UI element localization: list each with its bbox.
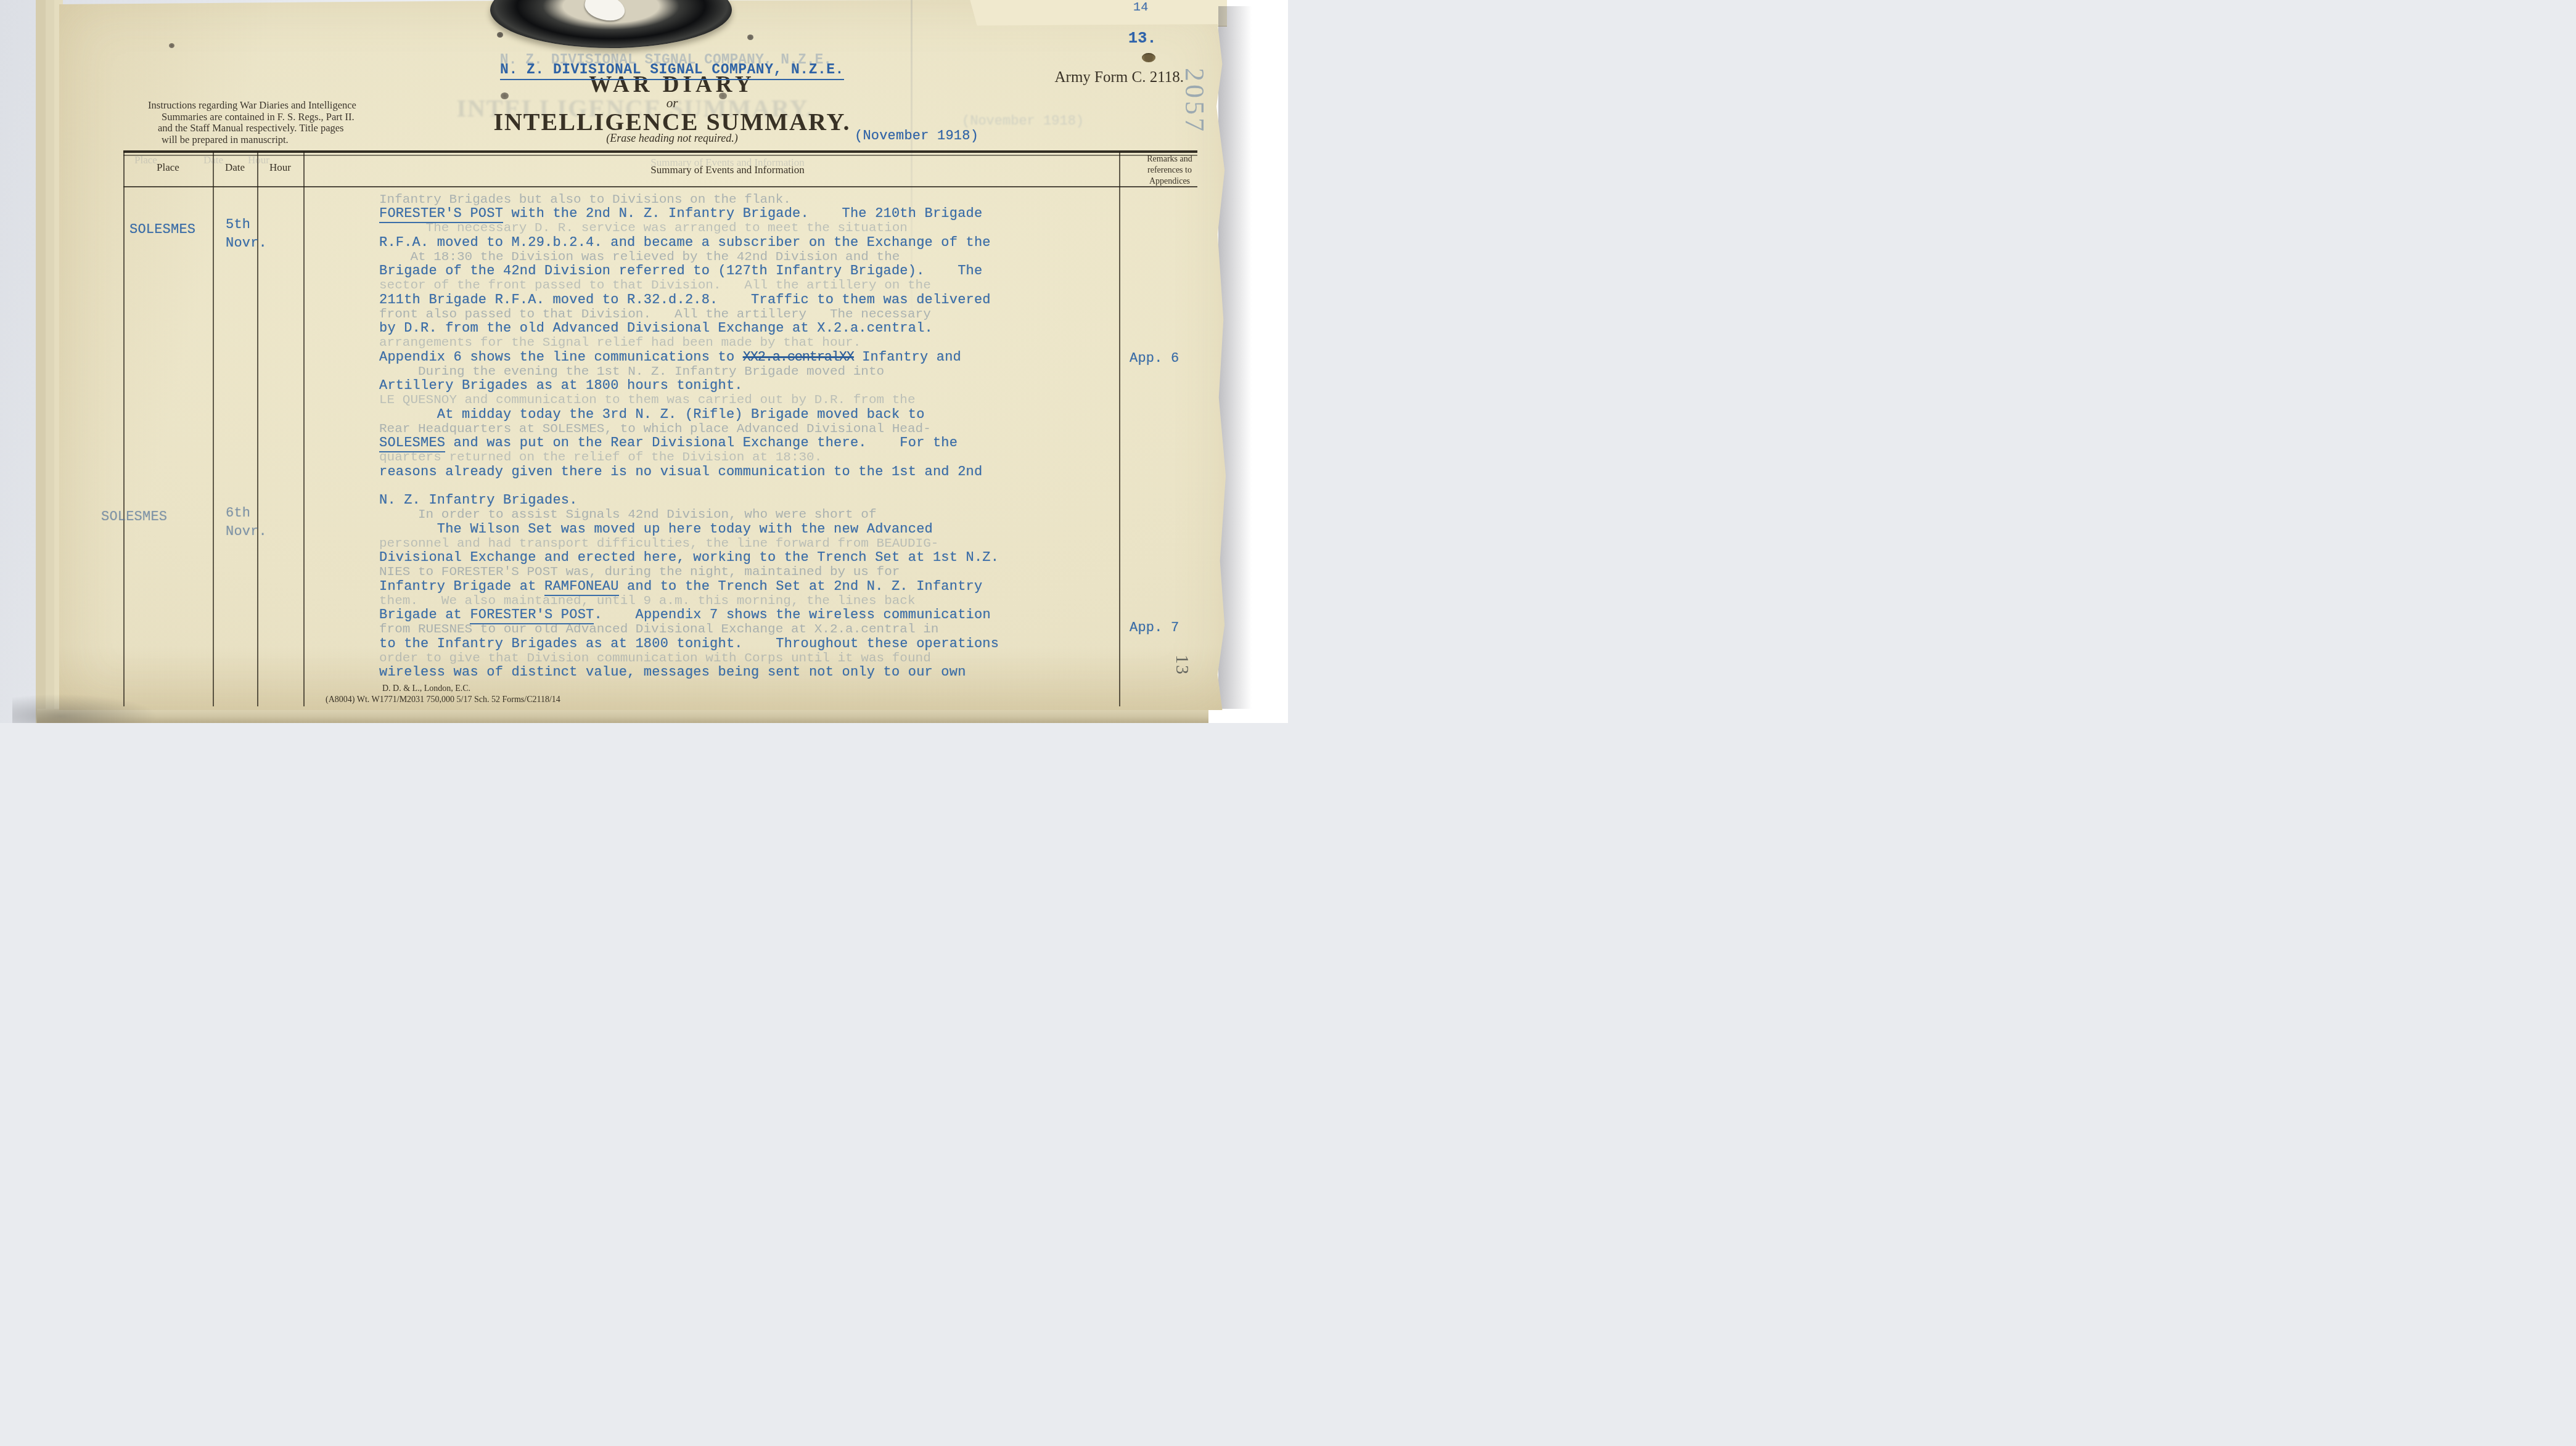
typed-text: and to the Trench Set at 2nd N. Z. Infan… (619, 579, 983, 594)
typed-text: Brigade of the 42nd Division referred to… (379, 263, 982, 279)
date-header: Date (213, 161, 257, 174)
hour-header: Hour (257, 161, 303, 174)
bleed-through-line: arrangements for the Signal relief had b… (379, 336, 861, 350)
typed-text: Infantry Brigade at (379, 579, 544, 594)
hour-summary-rule (303, 152, 305, 706)
table-top-rule-thin (123, 155, 1197, 156)
instructions-line: will be prepared in manuscript. (148, 134, 419, 146)
summary-line: R.F.A. moved to M.29.b.2.4. and became a… (379, 236, 991, 250)
summary-line: Infantry Brigade at RAMFONEAU and to the… (379, 580, 982, 594)
printer-imprint-line2: (A8004) Wt. W1771/M2031 750,000 5/17 Sch… (326, 695, 560, 705)
punch-hole (501, 92, 509, 99)
bleed-through-line: order to give that Division communicatio… (379, 652, 931, 666)
bleed-through-line: sector of the front passed to that Divis… (379, 279, 931, 293)
typed-text: The Wilson Set was moved up here today w… (379, 521, 933, 537)
instructions-line: and the Staff Manual respectively. Title… (148, 123, 419, 134)
underlined-place-name: FORESTER'S POST (470, 607, 594, 624)
table-top-rule (123, 150, 1197, 153)
punch-hole (747, 35, 753, 40)
bleed-through-line: quarters returned on the relief of the D… (379, 451, 822, 465)
punch-hole (1142, 53, 1155, 62)
paper-stack-bottom (37, 709, 1208, 723)
corner-shadow (12, 690, 173, 723)
document-scan: 14 13. Army Form C. 2118. 2057 13 N. Z. … (0, 0, 1288, 723)
unit-heading: N. Z. DIVISIONAL SIGNAL COMPANY, N.Z.E. (500, 62, 844, 80)
typed-text: with the 2nd N. Z. Infantry Brigade. The… (503, 206, 982, 221)
bleed-through-line: The necessary D. R. service was arranged… (379, 221, 908, 235)
bleed-through-line: front also passed to that Division. All … (379, 308, 931, 322)
summary-line: Brigade of the 42nd Division referred to… (379, 264, 982, 278)
instructions-line: Summaries are contained in F. S. Regs., … (148, 112, 419, 123)
underlined-place-name: SOLESMES (379, 435, 445, 452)
page-number-top: 13. (1128, 32, 1157, 46)
bleed-through-line: NIES to FORESTER'S POST was, during the … (379, 565, 900, 579)
bleed-through-line: At 18:30 the Division was relieved by th… (379, 250, 900, 264)
bleed-through-line: Infantry Brigades but also to Divisions … (379, 193, 791, 207)
summary-line: to the Infantry Brigades as at 1800 toni… (379, 637, 999, 651)
typed-text: R.F.A. moved to M.29.b.2.4. and became a… (379, 235, 991, 250)
typed-text: Divisional Exchange and erected here, wo… (379, 550, 999, 565)
page-number-previous-sheet: 14 (1133, 1, 1148, 15)
typed-text: Appendix 6 shows the line communications… (379, 349, 743, 365)
torn-edge-shadow (1218, 6, 1252, 709)
punch-hole (169, 43, 174, 48)
summary-line: N. Z. Infantry Brigades. (379, 494, 578, 507)
bleed-through-line: LE QUESNOY and communication to them was… (379, 393, 916, 407)
typed-text: N. Z. Infantry Brigades. (379, 492, 578, 508)
bleed-through-line: During the evening the 1st N. Z. Infantr… (379, 365, 884, 379)
bleed-through-line: Rear Headquarters at SOLESMES, to which … (379, 422, 931, 436)
paper-stack-edge (46, 0, 54, 723)
typed-text: and was put on the Rear Divisional Excha… (445, 435, 958, 451)
typed-text: . Appendix 7 shows the wireless communic… (594, 607, 990, 623)
page-number-bottom: 13 (1171, 655, 1192, 676)
typed-text: by D.R. from the old Advanced Divisional… (379, 321, 933, 336)
appendix-reference: App. 6 (1130, 352, 1179, 366)
unit-heading-row: N. Z. DIVISIONAL SIGNAL COMPANY, N.Z.E. (432, 62, 913, 78)
punch-hole (497, 32, 503, 38)
remarks-header: Remarks and references to Appendices (1118, 154, 1221, 187)
bleed-through-line: In order to assist Signals 42nd Division… (379, 508, 877, 522)
typed-text: Infantry and (854, 349, 961, 365)
date-entry: 5th Novr. (226, 216, 267, 253)
punch-hole (719, 92, 727, 99)
typed-text: Brigade at (379, 607, 470, 623)
place-date-rule (213, 152, 214, 706)
place-entry: SOLESMES (129, 223, 195, 237)
printer-imprint-line1: D. D. & L., London, E.C. (382, 684, 470, 694)
summary-line: reasons already given there is no visual… (379, 465, 982, 479)
sheet-behind-top (937, 0, 1227, 27)
army-form-number: Army Form C. 2118. (987, 69, 1184, 86)
date-entry: 6th Novr. (226, 504, 267, 541)
summary-remarks-rule (1119, 152, 1120, 706)
summary-line: wireless was of distinct value, messages… (379, 666, 966, 679)
summary-line: SOLESMES and was put on the Rear Divisio… (379, 436, 958, 450)
summary-line: FORESTER'S POST with the 2nd N. Z. Infan… (379, 207, 982, 221)
summary-line: The Wilson Set was moved up here today w… (379, 523, 933, 536)
summary-line: 211th Brigade R.F.A. moved to R.32.d.2.8… (379, 293, 991, 307)
month-ghost: (November 1918) (962, 113, 1084, 129)
bleed-through-line: them. We also maintained, until 9 a.m. t… (379, 594, 916, 608)
underlined-place-name: FORESTER'S POST (379, 206, 503, 223)
bleed-through-line: personnel and had transport difficulties… (379, 537, 938, 551)
paper-stack-edge (36, 0, 46, 723)
underlined-place-name: RAMFONEAU (544, 579, 619, 596)
instructions-line: Instructions regarding War Diaries and I… (148, 100, 419, 112)
typed-text: wireless was of distinct value, messages… (379, 664, 966, 680)
summary-line: Artillery Brigades as at 1800 hours toni… (379, 379, 743, 393)
instructions-block: Instructions regarding War Diaries and I… (148, 100, 419, 145)
appendix-reference: App. 7 (1130, 621, 1179, 635)
typed-text: At midday today the 3rd N. Z. (Rifle) Br… (379, 407, 925, 422)
registry-stamp: 2057 (1179, 68, 1210, 134)
typed-text: to the Infantry Brigades as at 1800 toni… (379, 636, 999, 652)
summary-line: Divisional Exchange and erected here, wo… (379, 551, 999, 565)
summary-line: At midday today the 3rd N. Z. (Rifle) Br… (379, 408, 925, 422)
summary-line: by D.R. from the old Advanced Divisional… (379, 322, 933, 335)
struck-out-text: XX2.a.centralXX (743, 349, 854, 365)
bleed-through-line: from RUESNES to our old Advanced Divisio… (379, 623, 938, 637)
typed-text: Artillery Brigades as at 1800 hours toni… (379, 378, 743, 393)
summary-line: Brigade at FORESTER'S POST. Appendix 7 s… (379, 608, 991, 622)
header-bottom-rule (123, 186, 1197, 187)
place-entry: SOLESMES (101, 510, 167, 524)
table-left-rule (123, 152, 125, 706)
summary-line: Appendix 6 shows the line communications… (379, 351, 961, 364)
summary-header: Summary of Events and Information (333, 164, 1122, 176)
typed-text: 211th Brigade R.F.A. moved to R.32.d.2.8… (379, 292, 991, 308)
typed-text: reasons already given there is no visual… (379, 464, 982, 480)
month-entry: (November 1918) (855, 129, 978, 143)
place-header: Place (123, 161, 213, 174)
